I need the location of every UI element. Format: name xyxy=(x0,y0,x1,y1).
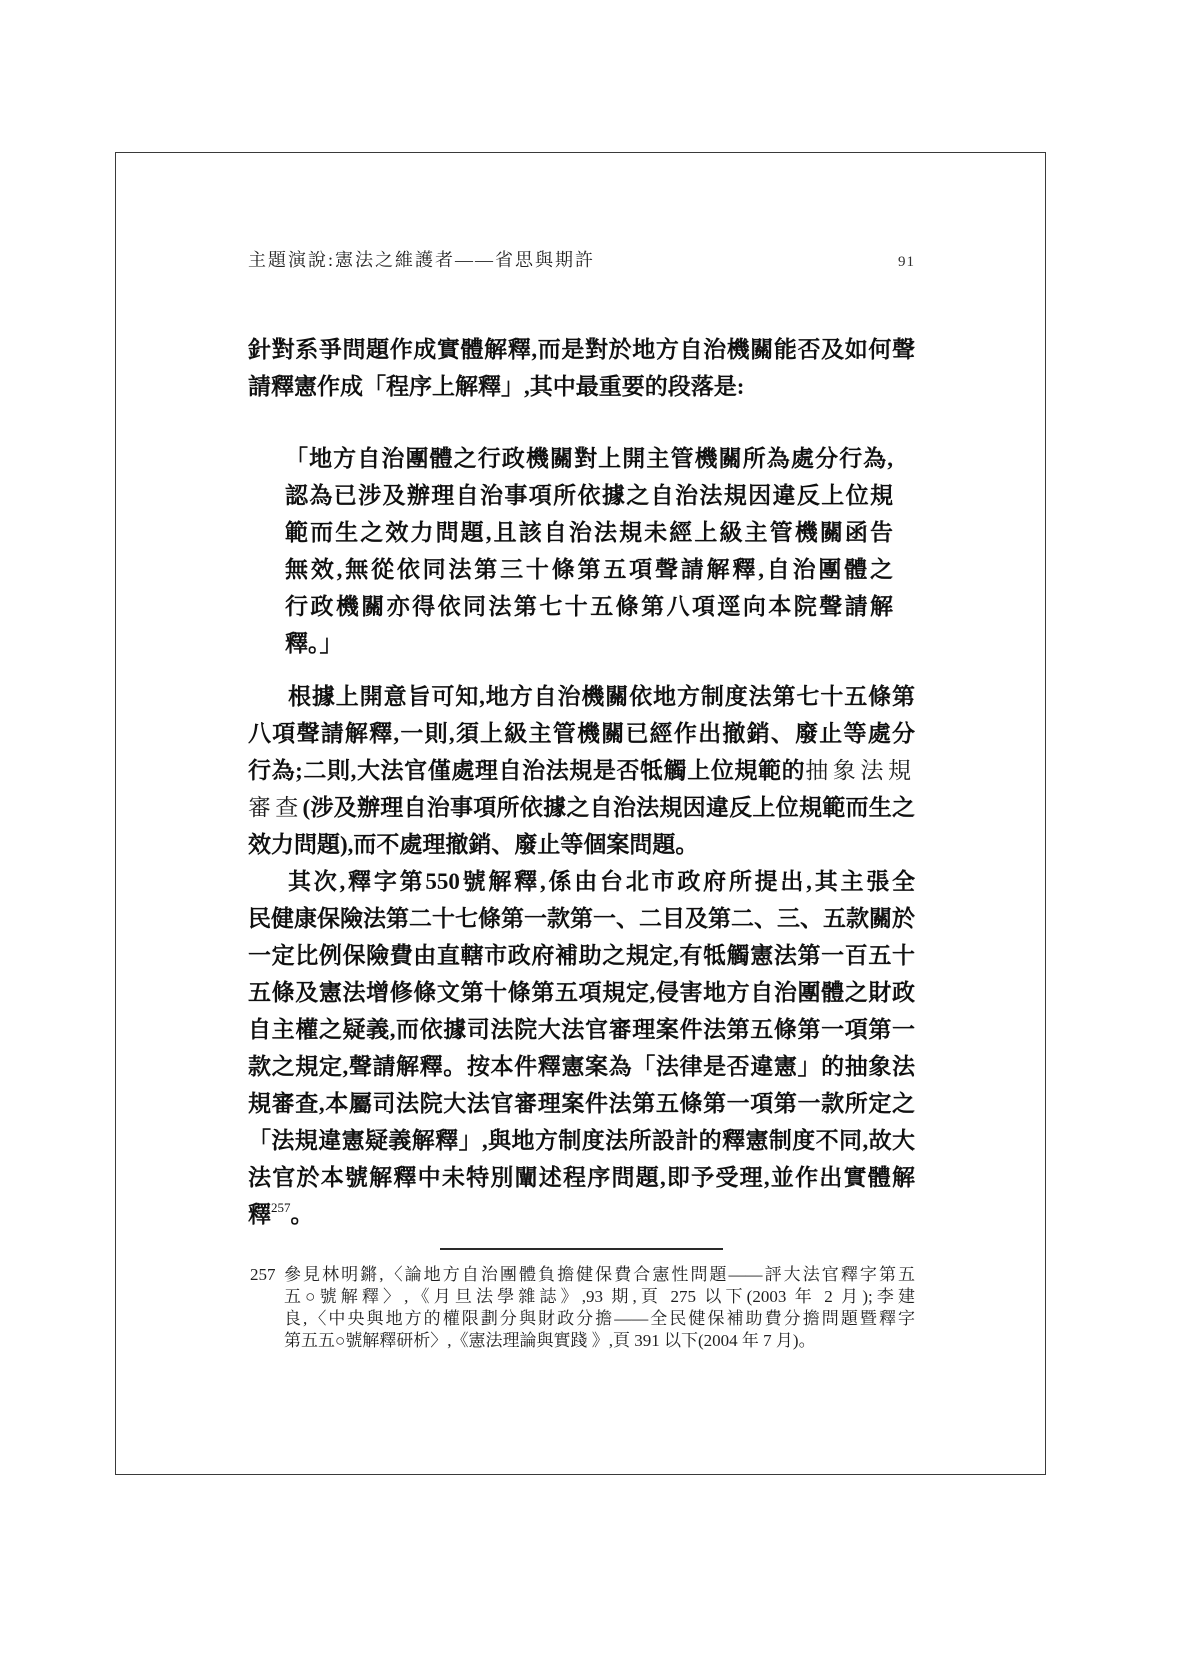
text-line: 八項聲請解釋,一則,須上級主管機關已經作出撤銷、廢止等處分 xyxy=(248,715,915,752)
text-segment: 範而生之效力問題,且該自治法規未經上級主管機關函告 xyxy=(285,520,893,545)
text-line: 其次,釋字第550號解釋,係由台北市政府所提出,其主張全 xyxy=(248,863,915,900)
paragraph-case550: 其次,釋字第550號解釋,係由台北市政府所提出,其主張全民健康保險法第二十七條第… xyxy=(248,863,915,1236)
text-line: 參見林明鏘,〈論地方自治團體負擔健保費合憲性問題——評大法官釋字第五 xyxy=(284,1264,915,1286)
text-line: 範而生之效力問題,且該自治法規未經上級主管機關函告 xyxy=(285,514,893,551)
footnote-reference: 257 xyxy=(271,1200,291,1215)
emphasized-text: 抽象法規 xyxy=(805,758,915,783)
text-segment: 法官於本號解釋中未特別闡述程序問題,即予受理,並作出實體解 xyxy=(248,1165,915,1190)
text-segment: 五條及憲法增修條文第十條第五項規定,侵害地方自治團體之財政 xyxy=(248,980,915,1005)
paragraph-intro: 針對系爭問題作成實體解釋,而是對於地方自治機關能否及如何聲請釋憲作成「程序上解釋… xyxy=(248,331,915,405)
text-segment: 釋 xyxy=(248,1202,271,1227)
text-line: 行為;二則,大法官僅處理自治法規是否牴觸上位規範的抽象法規 xyxy=(248,752,915,789)
text-line: 釋。」 xyxy=(285,625,893,662)
text-line: 審查(涉及辦理自治事項所依據之自治法規因違反上位規範而生之 xyxy=(248,789,915,826)
footnote-number: 257 xyxy=(250,1264,276,1286)
text-segment: 針對系爭問題作成實體解釋,而是對於地方自治機關能否及如何聲 xyxy=(248,337,915,362)
page-content: 主題演說:憲法之維護者——省思與期許 91 針對系爭問題作成實體解釋,而是對於地… xyxy=(248,246,915,1352)
text-segment: 一定比例保險費由直轄市政府補助之規定,有牴觸憲法第一百五十 xyxy=(248,943,915,968)
text-line: 效力問題),而不處理撤銷、廢止等個案問題。 xyxy=(248,826,915,863)
text-line: 「地方自治團體之行政機關對上開主管機關所為處分行為, xyxy=(285,440,893,477)
page-number: 91 xyxy=(898,254,915,271)
footnote-text: 參見林明鏘,〈論地方自治團體負擔健保費合憲性問題——評大法官釋字第五五○號解釋〉… xyxy=(284,1264,915,1352)
text-line: 民健康保險法第二十七條第一款第一、二目及第二、三、五款關於 xyxy=(248,900,915,937)
text-segment: 無效,無從依同法第三十條第五項聲請解釋,自治團體之 xyxy=(285,557,893,582)
text-line: 良,〈中央與地方的權限劃分與財政分擔——全民健保補助費分擔問題暨釋字 xyxy=(284,1308,915,1330)
text-segment: 「法規違憲疑義解釋」,與地方制度法所設計的釋憲制度不同,故大 xyxy=(248,1128,915,1153)
text-segment: 釋。」 xyxy=(285,631,343,656)
text-line: 行政機關亦得依同法第七十五條第八項逕向本院聲請解 xyxy=(285,588,893,625)
text-segment: 根據上開意旨可知,地方自治機關依地方制度法第七十五條第 xyxy=(288,684,915,709)
screenshot-canvas: { "header": { "running_title": "主題演說:憲法之… xyxy=(0,0,1177,1664)
text-segment: 其次,釋字第550號解釋,係由台北市政府所提出,其主張全 xyxy=(288,869,915,894)
text-segment: 「地方自治團體之行政機關對上開主管機關所為處分行為, xyxy=(285,446,893,471)
text-line: 五○號解釋〉,《月旦法學雜誌》,93 期,頁 275 以下(2003 年 2 月… xyxy=(284,1286,915,1308)
text-segment: 八項聲請解釋,一則,須上級主管機關已經作出撤銷、廢止等處分 xyxy=(248,721,915,746)
text-line: 款之規定,聲請解釋。按本件釋憲案為「法律是否違憲」的抽象法 xyxy=(248,1048,915,1085)
text-segment: 認為已涉及辦理自治事項所依據之自治法規因違反上位規 xyxy=(285,483,893,508)
text-line: 一定比例保險費由直轄市政府補助之規定,有牴觸憲法第一百五十 xyxy=(248,937,915,974)
footnote-257: 257 參見林明鏘,〈論地方自治團體負擔健保費合憲性問題——評大法官釋字第五五○… xyxy=(248,1264,915,1352)
text-segment: 自主權之疑義,而依據司法院大法官審理案件法第五條第一項第一 xyxy=(248,1017,915,1042)
text-segment: 民健康保險法第二十七條第一款第一、二目及第二、三、五款關於 xyxy=(248,906,915,931)
page-header: 主題演說:憲法之維護者——省思與期許 91 xyxy=(248,246,915,272)
text-line: 第五五○號解釋研析〉,《憲法理論與實踐 》,頁 391 以下(2004 年 7 … xyxy=(284,1330,915,1352)
text-segment: 。 xyxy=(291,1202,314,1227)
text-line: 根據上開意旨可知,地方自治機關依地方制度法第七十五條第 xyxy=(248,678,915,715)
text-line: 規審查,本屬司法院大法官審理案件法第五條第一項第一款所定之 xyxy=(248,1085,915,1122)
text-segment: 效力問題),而不處理撤銷、廢止等個案問題。 xyxy=(248,832,698,857)
text-line: 請釋憲作成「程序上解釋」,其中最重要的段落是: xyxy=(248,368,915,405)
block-quote: 「地方自治團體之行政機關對上開主管機關所為處分行為,認為已涉及辦理自治事項所依據… xyxy=(285,440,893,662)
text-segment: 款之規定,聲請解釋。按本件釋憲案為「法律是否違憲」的抽象法 xyxy=(248,1054,915,1079)
text-line: 認為已涉及辦理自治事項所依據之自治法規因違反上位規 xyxy=(285,477,893,514)
text-line: 法官於本號解釋中未特別闡述程序問題,即予受理,並作出實體解 xyxy=(248,1159,915,1196)
text-line: 無效,無從依同法第三十條第五項聲請解釋,自治團體之 xyxy=(285,551,893,588)
footnote-separator xyxy=(440,1248,723,1250)
text-line: 「法規違憲疑義解釋」,與地方制度法所設計的釋憲制度不同,故大 xyxy=(248,1122,915,1159)
text-segment: 規審查,本屬司法院大法官審理案件法第五條第一項第一款所定之 xyxy=(248,1091,915,1116)
text-segment: 行為;二則,大法官僅處理自治法規是否牴觸上位規範的 xyxy=(248,758,805,783)
text-line: 五條及憲法增修條文第十條第五項規定,侵害地方自治團體之財政 xyxy=(248,974,915,1011)
text-segment: (涉及辦理自治事項所依據之自治法規因違反上位規範而生之 xyxy=(303,795,915,820)
text-line: 針對系爭問題作成實體解釋,而是對於地方自治機關能否及如何聲 xyxy=(248,331,915,368)
text-line: 釋257。 xyxy=(248,1196,915,1236)
page-frame: 主題演說:憲法之維護者——省思與期許 91 針對系爭問題作成實體解釋,而是對於地… xyxy=(115,152,1046,1475)
text-segment: 行政機關亦得依同法第七十五條第八項逕向本院聲請解 xyxy=(285,594,893,619)
emphasized-text: 審查 xyxy=(248,795,303,820)
running-title: 主題演說:憲法之維護者——省思與期許 xyxy=(248,246,595,272)
text-segment: 請釋憲作成「程序上解釋」,其中最重要的段落是: xyxy=(248,374,744,399)
paragraph-analysis: 根據上開意旨可知,地方自治機關依地方制度法第七十五條第八項聲請解釋,一則,須上級… xyxy=(248,678,915,863)
text-line: 自主權之疑義,而依據司法院大法官審理案件法第五條第一項第一 xyxy=(248,1011,915,1048)
